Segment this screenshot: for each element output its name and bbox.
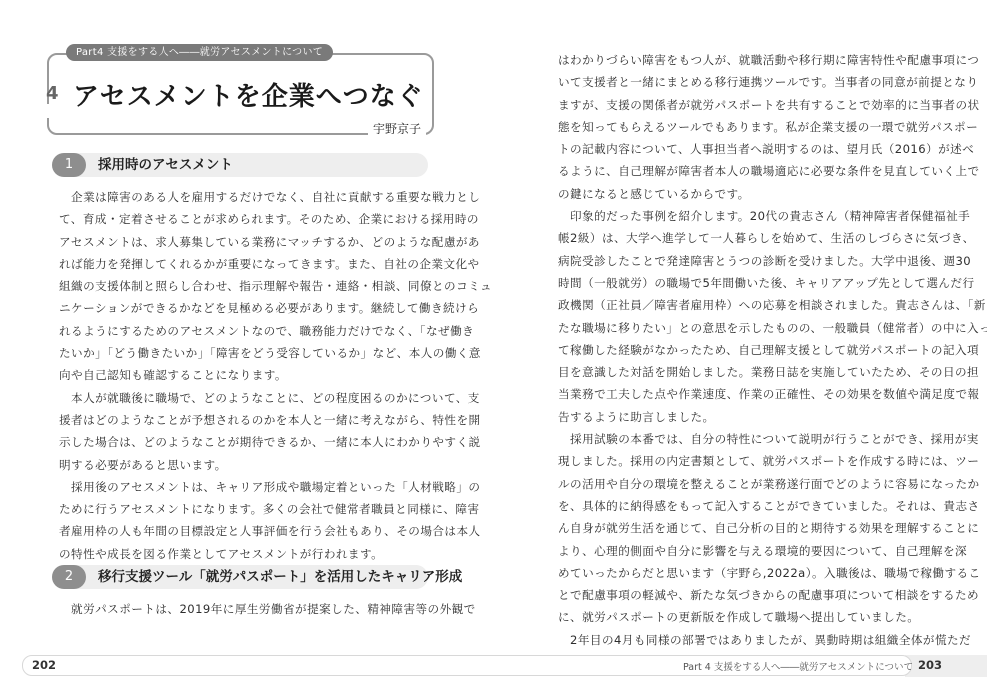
text-line: 示した場合は、どのようなことが期待できるか、一緒に本人にわかりやすく説 — [59, 431, 431, 453]
body-text: 就労パスポートは、2019年に厚生労働省が提案した、精神障害等の外観で — [59, 598, 431, 620]
text-line: 企業は障害のある人を雇用するだけでなく、自社に貢献する重要な戦力とし — [59, 186, 431, 208]
text-line: 態を知ってもらえるツールでもあります。私が企業支援の一環で就労パスポー — [558, 116, 930, 138]
text-line: ん自身が就労生活を通じて、自己分析の目的と期待する効果を理解することに — [558, 517, 930, 539]
chapter-title: アセスメントを企業へつなぐ — [73, 76, 424, 113]
text-line: より、心理的側面や自分に影響を与える環境的要因について、自己理解を深 — [558, 540, 930, 562]
text-line: 採用後のアセスメントは、キャリア形成や職場定着といった「人材戦略」の — [59, 476, 431, 498]
text-line: とで配慮事項の軽減や、新たな気づきからの配慮事項について相談をするため — [558, 584, 930, 606]
text-line: たな職場に移りたい」との意思を示したものの、一般職員（健常者）の中に入っ — [558, 317, 930, 339]
text-line: ために行うアセスメントになります。多くの会社で健常者職員と同様に、障害 — [59, 498, 431, 520]
text-line: ルの活用や自分の環境を整えることが業務遂行面でどのように容易になったか — [558, 473, 930, 495]
text-line: 現しました。採用の内定書類として、就労パスポートを作成する時には、ツー — [558, 450, 930, 472]
text-line: たいか」「どう働きたいか」「障害をどう受容しているか」など、本人の働く意 — [59, 342, 431, 364]
section-heading-2: 2 移行支援ツール「就労パスポート」を活用したキャリア形成 — [52, 565, 428, 589]
text-line: アセスメントは、求人募集している業務にマッチするか、どのような配慮があ — [59, 231, 431, 253]
text-line: 明する必要があると思います。 — [59, 454, 431, 476]
text-line: 就労パスポートは、2019年に厚生労働省が提案した、精神障害等の外観で — [59, 598, 431, 620]
running-head: Part 4 支援をする人へ――就労アセスメントについて — [683, 659, 913, 673]
text-line: 向や自己認知も確認することになります。 — [59, 364, 431, 386]
section-number-badge: 1 — [52, 153, 86, 177]
text-line: の鍵になると感じているからです。 — [558, 183, 930, 205]
text-line: めていったからだと思います（宇野ら,2022a）。入職後は、職場で稼働するこ — [558, 562, 930, 584]
text-line: 時間（一般就労）の職場で5年間働いた後、キャリアアップ先として選んだ行 — [558, 272, 930, 294]
text-line: ますが、支援の関係者が就労パスポートを共有することで効率的に当事者の状 — [558, 94, 930, 116]
text-line: いて支援者と一緒にまとめる移行連携ツールです。当事者の同意が前提となり — [558, 71, 930, 93]
section-title: 採用時のアセスメント — [98, 153, 233, 177]
text-line: に、就労パスポートの更新版を作成して職場へ提出していました。 — [558, 606, 930, 628]
left-page: Part4 支援をする人へ――就労アセスメントについて 4 アセスメントを企業へ… — [0, 0, 493, 700]
text-line: て稼働した経験がなかったため、自己理解支援として就労パスポートの記入項 — [558, 339, 930, 361]
text-line: ニケーションができるかなどを見極める必要があります。継続して働き続けら — [59, 297, 431, 319]
text-line: 本人が就職後に職場で、どのようなことに、どの程度困るのかについて、支 — [59, 387, 431, 409]
part-tab: Part4 支援をする人へ――就労アセスメントについて — [66, 44, 333, 61]
text-line: 病院受診したことで発達障害とうつの診断を受けました。大学中退後、週30 — [558, 250, 930, 272]
page-number-right: 203 — [918, 658, 942, 672]
right-page-body-text: はわかりづらい障害をもつ人が、就職活動や移行期に障害特性や配慮事項につ いて支援… — [558, 49, 930, 673]
text-line: 採用試験の本番では、自分の特性について説明が行うことができ、採用が実 — [558, 428, 930, 450]
text-line: 2年目の4月も同様の部署ではありましたが、異動時期は組織全体が慌ただ — [558, 629, 930, 651]
text-line: 援者はどのようなことが予想されるのかを本人と一緒に考えながら、特性を開 — [59, 409, 431, 431]
text-line: はわかりづらい障害をもつ人が、就職活動や移行期に障害特性や配慮事項につ — [558, 49, 930, 71]
text-line: を、具体的に納得感をもって記入することができていました。それは、貴志さ — [558, 495, 930, 517]
chapter-number: 4 — [46, 83, 59, 104]
text-line: れるようにするためのアセスメントなので、職務能力だけでなく、「なぜ働き — [59, 320, 431, 342]
body-text: 企業は障害のある人を雇用するだけでなく、自社に貢献する重要な戦力とし て、育成・… — [59, 186, 431, 565]
frame-gap — [38, 104, 56, 118]
text-line: 当業務で工夫した点や作業速度、作業の正確性、その効果を数値や満足度で報 — [558, 383, 930, 405]
author-name: 宇野京子 — [368, 120, 426, 137]
text-line: の特性や成長を図る作業としてアセスメントが行われます。 — [59, 543, 431, 565]
text-line: 告するように助言しました。 — [558, 406, 930, 428]
text-line: 者雇用枠の人も年間の目標設定と人事評価を行う会社もあり、その場合は本人 — [59, 520, 431, 542]
page-number-left: 202 — [32, 658, 56, 672]
section-number-badge: 2 — [52, 565, 86, 589]
section-title: 移行支援ツール「就労パスポート」を活用したキャリア形成 — [98, 565, 462, 589]
text-line: 政機関（正社員／障害者雇用枠）への応募を相談されました。貴志さんは、「新 — [558, 294, 930, 316]
text-line: れば能力を発揮してくれるかが重要になってきます。また、自社の企業文化や — [59, 253, 431, 275]
text-line: 帳2級）は、大学へ進学して一人暮らしを始めて、生活のしづらさに気づき、 — [558, 227, 930, 249]
text-line: トの記載内容について、人事担当者へ説明するのは、望月氏（2016）が述べ — [558, 138, 930, 160]
text-line: 目を意識した対話を開始しました。業務日誌を実施していたため、その日の担 — [558, 361, 930, 383]
text-line: 組織の支援体制と照らし合わせ、指示理解や報告・連絡・相談、同僚とのコミュ — [59, 275, 431, 297]
text-line: るように、自己理解が障害者本人の職場適応に必要な条件を見直していく上で — [558, 160, 930, 182]
text-line: 印象的だった事例を紹介します。20代の貴志さん（精神障害者保健福祉手 — [558, 205, 930, 227]
text-line: て、育成・定着させることが求められます。そのため、企業における採用時の — [59, 208, 431, 230]
section-heading-1: 1 採用時のアセスメント — [52, 153, 428, 177]
